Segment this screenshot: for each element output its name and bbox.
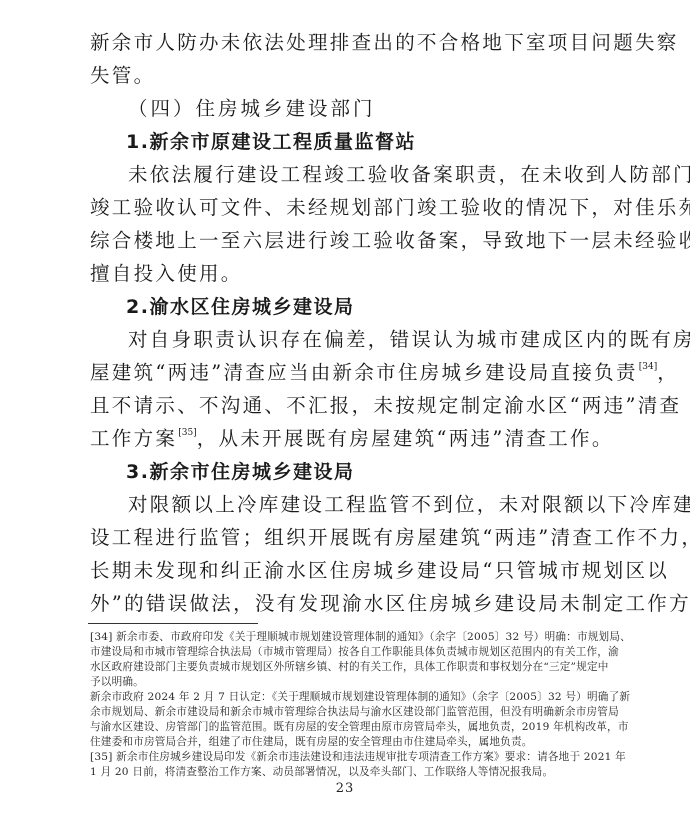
footnote-line: 与渝水区建设、房管部门的监管范围。既有房屋的安全管理由原市房管局牵头，属地负责，… (90, 720, 606, 735)
body-text: 屋建筑“两违”清查应当由新余市住房城乡建设局直接负责 (90, 361, 638, 384)
footnote-line: [35] 新余市住房城乡建设局印发《新余市违法建设和违法违规审批专项清查工作方案… (90, 750, 606, 765)
body-line: 竣工验收认可文件、未经规划部门竣工验收的情况下，对佳乐苑 (90, 196, 606, 220)
body-line: 且不请示、不沟通、不汇报，未按规定制定渝水区“两违”清查 (90, 394, 606, 418)
body-line: 擅自投入使用。 (90, 262, 606, 286)
document-page: 新余市人防办未依法处理排查出的不合格地下室项目问题失察 失管。 （四）住房城乡建… (0, 0, 690, 829)
body-line: 未依法履行建设工程竣工验收备案职责，在未收到人防部门 (128, 163, 606, 187)
footnote-line: 市建设局和市城市管理综合执法局（市城市管理局）按各自工作职能具体负责城市规划区范… (90, 645, 606, 660)
page-number: 23 (0, 781, 690, 796)
section-heading: （四）住房城乡建设部门 (128, 97, 644, 121)
body-line: 屋建筑“两违”清查应当由新余市住房城乡建设局直接负责[34]， (90, 361, 606, 385)
footnote-line: 住建委和市房管局合并，组建了市住建局，既有房屋的安全管理由市住建局牵头，属地负责… (90, 735, 606, 750)
subsection-title: 2.渝水区住房城乡建设局 (126, 295, 642, 319)
footnote-ref-34[interactable]: [34] (639, 362, 657, 372)
body-line: 对限额以上冷库建设工程监管不到位，未对限额以下冷库建 (128, 493, 606, 517)
body-line: 外”的错误做法，没有发现渝水区住房城乡建设局未制定工作方 (90, 592, 606, 616)
footnote-ref-35[interactable]: [35] (178, 428, 196, 438)
body-line: 设工程进行监管；组织开展既有房屋建筑“两违”清查工作不力， (90, 526, 606, 550)
body-text: ， (657, 361, 679, 384)
body-line: 长期未发现和纠正渝水区住房城乡建设局“只管城市规划区以 (90, 559, 606, 583)
body-text: 工作方案 (90, 427, 177, 450)
footnote-line: 水区政府建设部门主要负责城市规划区外所辖乡镇、村的有关工作，具体工作职责和事权划… (90, 660, 606, 675)
subsection-title: 1.新余市原建设工程质量监督站 (126, 130, 642, 154)
body-line: 工作方案[35]，从未开展既有房屋建筑“两违”清查工作。 (90, 427, 606, 451)
footnote-line: 新余市政府 2024 年 2 月 7 日认定：《关于理顺城市规划建设管理体制的通… (90, 690, 606, 705)
body-text: ，从未开展既有房屋建筑“两违”清查工作。 (197, 427, 614, 450)
body-line: 对自身职责认识存在偏差，错误认为城市建成区内的既有房 (128, 328, 606, 352)
footnote-line: 余市规划局、新余市建设局和新余市城市管理综合执法局与渝水区建设部门监管范围，但没… (90, 705, 606, 720)
footnote-line: 1 月 20 日前，将清查整治工作方案、动员部署情况，以及牵头部门、工作联络人等… (90, 765, 606, 780)
body-line: 新余市人防办未依法处理排查出的不合格地下室项目问题失察 (90, 31, 606, 55)
footnote-line: [34] 新余市委、市政府印发《关于理顺城市规划建设管理体制的通知》（余字〔20… (90, 630, 606, 645)
footnote-line: 予以明确。 (90, 675, 606, 690)
body-line: 综合楼地上一至六层进行竣工验收备案，导致地下一层未经验收 (90, 229, 606, 253)
footnote-divider (88, 623, 258, 624)
body-line: 失管。 (90, 64, 606, 88)
subsection-title: 3.新余市住房城乡建设局 (126, 460, 642, 484)
